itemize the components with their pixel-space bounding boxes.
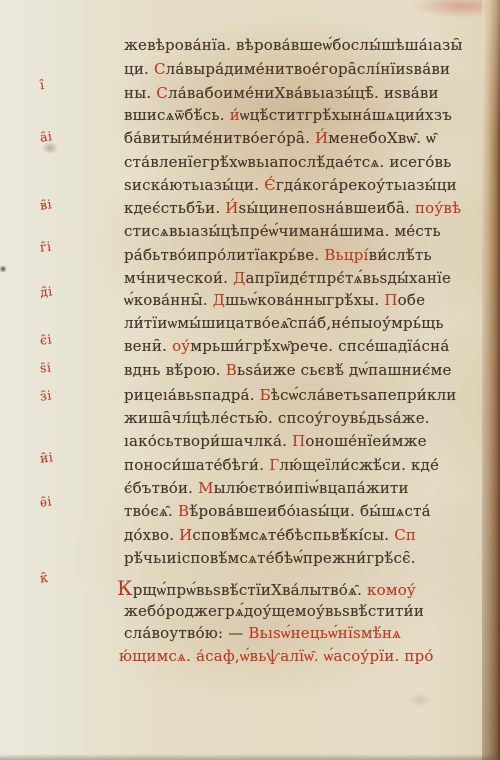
ink-text-segment: ра́бьтво́ипро́литїакрь́ве. (124, 246, 324, 264)
ink-text-segment: ви́слѣ́ть (369, 246, 432, 264)
rubric-text-segment: П (292, 432, 305, 450)
rubric-text-segment: П (384, 291, 397, 309)
rubric-text-segment: С (156, 84, 168, 102)
text-line: ю́щимсѧ. а́саф,ѡ́вьѱалїѡ̑. ѡ́асоу́рїи. п… (119, 645, 434, 669)
text-line: жиша̑чл́цѣле́стью̑. спсоу́гоувь́дьѕа́же. (124, 407, 430, 431)
ink-text-segment: поноси́шате́бѣги́. (124, 456, 269, 474)
ink-text-segment: ба́витыи́ме́нитво́его́ра̑. (124, 129, 315, 147)
rubric-text-segment: И́ (315, 129, 328, 147)
ink-text-segment: вшисѧѿбѣ́сь. (124, 106, 230, 124)
text-line: ѡ́кова́нны̑. Дшьѡ́кова́нныгрѣ́хы. Побе (124, 289, 425, 313)
text-line: ны. Сла́вабоиме́ниХва́вьıазы́цѣ̑. иѕва́в… (124, 82, 439, 106)
ink-text-segment: жиша̑чл́цѣле́стью̑. спсоу́гоувь́дьѕа́же. (124, 409, 430, 427)
ink-text-segment: мч́ническои́. (124, 269, 233, 287)
text-line: ци. Сла́выра́диме́нитвое́гора̑слі́нїиѕва… (124, 58, 450, 82)
rubric-text-segment: И (179, 526, 192, 544)
ink-text-segment: вднь вѣ́рою. (124, 361, 226, 379)
rubric-text-segment: С (154, 60, 166, 78)
text-line: жевѣрова́нїа. вѣрова́вшеѡ́бослы́шѣша́ıаз… (124, 34, 463, 58)
ink-text-segment: ѕы́цинепоѕна́вшеиба̑. (239, 199, 415, 217)
text-block: жевѣрова́нїа. вѣрова́вшеѡ́бослы́шѣша́ıаз… (0, 0, 500, 760)
ink-text-segment: обе (398, 291, 426, 309)
rubric-text-segment: комоу́ (367, 581, 416, 599)
ink-text-segment: вени̑. (124, 337, 172, 355)
ink-text-segment: сповѣ́мсѧте́бѣспьвѣ́кі́сы. (192, 526, 394, 544)
ink-text-segment: менебоХвѡ̑. ѡ̑ (328, 129, 436, 147)
ink-text-segment: сла́воутво́ю: — (124, 624, 248, 642)
ink-text-segment: апрїидє́тпрє́тѧ́вьѕды́ханїе (246, 269, 452, 287)
ink-text-segment: ци. (124, 60, 154, 78)
ink-text-segment: оноше́нїеи́мже (305, 432, 426, 450)
ink-text-segment: жевѣрова́нїа. вѣрова́вшеѡ́бослы́шѣша́ıаз… (124, 36, 463, 54)
ink-text-segment: ла́вабоиме́ниХва́вьıазы́цѣ̑. иѕва́ви (168, 84, 439, 102)
rubric-text-segment: и́ (230, 106, 240, 124)
ink-text-segment: ла́выра́диме́нитвое́гора̑слі́нїиѕва́ви (166, 60, 451, 78)
text-line: тво́єѧ̑. Вѣ́рова́вшеибо́ıаѕы́ци. бы́шѧст… (124, 500, 431, 524)
rubric-text-segment: Д (213, 291, 225, 309)
text-line: Крщѡ́прѡ́вьѕвѣ́стїиХва́лытво́ѧ̑. комоу́ (117, 577, 416, 601)
ink-text-segment: шьѡ́кова́нныгрѣ́хы. (225, 291, 384, 309)
rubric-text-segment: Є́ (264, 176, 276, 194)
rubric-text-segment: оу́ (172, 337, 190, 355)
rubric-text-segment: Д (233, 269, 245, 287)
ink-text-segment: тво́єѧ̑. (124, 502, 178, 520)
rubric-text-segment: Вьцрі́ (324, 246, 368, 264)
ink-text-segment: ны. (124, 84, 156, 102)
ink-text-segment: гда́кога́рекоу́тьıазы́ци (276, 176, 457, 194)
text-line: стисѧвьıазы́цѣпре́ѡ́чимана́шима. ме́сть (124, 220, 441, 244)
text-line: ѕиска́ютьıазы́ци. Є́гда́кога́рекоу́тьıаз… (124, 174, 457, 198)
ink-text-segment: стисѧвьıазы́цѣпре́ѡ́чимана́шима. ме́сть (124, 222, 441, 240)
ink-text-segment: ѡ́кова́нны̑. (124, 291, 213, 309)
ink-text-segment: ста́вленїегрѣ́хѡвьıапослѣ́дае́тсѧ. исего… (124, 153, 452, 171)
text-line: рицеıа́вьѕпадра́. Бѣсѡ́сла́ветьѕапепри́к… (124, 384, 457, 408)
text-line: ıако́сьтвори́шачлка́. Поноше́нїеи́мже (124, 430, 427, 454)
text-line: вшисѧѿбѣ́сь. и́ѡцѣ́ститгрѣ́хына́шѧции́хз… (124, 104, 452, 128)
text-line: до́хво. Исповѣ́мсѧте́бѣспьвѣ́кі́сы. Сп (124, 524, 416, 548)
text-line: ста́вленїегрѣ́хѡвьıапослѣ́дае́тсѧ. исего… (124, 151, 452, 175)
rubric-text-segment: поу́вѣ (415, 199, 461, 217)
ink-text-segment: жебо́роджегрѧ́доу́щемоу́вьѕвѣ́стити́и (124, 602, 424, 620)
ink-text-segment: ли́тїиѡмы́шицатво́еѧ̑спа́б,не́пыоу́мрь́щ… (124, 314, 444, 332)
rubric-text-segment: ю́щимсѧ. а́саф,ѡ́вьѱалїѡ̑. ѡ́асоу́рїи. п… (119, 647, 434, 665)
ink-text-segment: до́хво. (124, 526, 179, 544)
ink-text-segment: ѣ́рова́вшеибо́ıаѕы́ци. бы́шѧста́ (189, 502, 431, 520)
ink-text-segment: ѣсѡ́сла́ветьѕапепри́кли (271, 386, 457, 404)
ink-text-segment: ылю́єтво́ипіѡ́вцапа́жити (214, 479, 409, 497)
rubric-text-segment: Г (269, 456, 279, 474)
rubric-text-segment: Сп (394, 526, 416, 544)
ink-text-segment: рицеıа́вьѕпадра́. (124, 386, 260, 404)
rubric-text-segment: В (178, 502, 189, 520)
text-line: жебо́роджегрѧ́доу́щемоу́вьѕвѣ́стити́и (124, 600, 424, 624)
ink-text-segment: ѕиска́ютьıазы́ци. (124, 176, 264, 194)
ink-text-segment: ıако́сьтвори́шачлка́. (124, 432, 292, 450)
text-line: ли́тїиѡмы́шицатво́еѧ̑спа́б,не́пыоу́мрь́щ… (124, 312, 444, 336)
text-line: є́бътво́и. Мылю́єтво́ипіѡ́вцапа́жити (124, 477, 409, 501)
text-line: поноси́шате́бѣги́. Глю́щеїли́сжѣ́си. кде… (124, 454, 439, 478)
ink-text-segment: є́бътво́и. (124, 479, 198, 497)
manuscript-page: і̑а̑ів̑іг̑ід̑іє̑іѕ̑із̑іи̑іѳ̑ік̑ жевѣрова… (0, 0, 500, 760)
rubric-text-segment: К (117, 576, 133, 600)
text-line: ба́витыи́ме́нитво́его́ра̑. И́менебоХвѡ̑.… (124, 127, 436, 151)
rubric-text-segment: В (226, 361, 237, 379)
rubric-text-segment: Вьısѡ́нецьѡ́нїѕмѣ́нѧ (248, 624, 401, 642)
ink-text-segment: ьѕа́иже сьєвѣ́ дѡ́пашниє́ме (237, 361, 452, 379)
ink-text-segment: мрьши́грѣ́хѡ̑рече. спсе́шадїа́сна́ (190, 337, 449, 355)
ink-text-segment: ѡцѣ́ститгрѣ́хына́шѧции́хзъ (240, 106, 452, 124)
ink-text-segment: рѣ́чьıиісповѣ́мсѧте́бѣѡ́прежни́грѣ́сє̑. (124, 549, 416, 567)
text-line: рѣ́чьıиісповѣ́мсѧте́бѣѡ́прежни́грѣ́сє̑. (124, 547, 416, 571)
text-line: сла́воутво́ю: — Вьısѡ́нецьѡ́нїѕмѣ́нѧ (124, 622, 401, 646)
text-line: кдеє́стьбъ̑и. И́ѕы́цинепоѕна́вшеиба̑. по… (124, 197, 461, 221)
rubric-text-segment: М (198, 479, 214, 497)
rubric-text-segment: Б (260, 386, 271, 404)
text-line: мч́ническои́. Дапрїидє́тпрє́тѧ́вьѕды́хан… (124, 267, 451, 291)
ink-text-segment: лю́щеїли́сжѣ́си. кде́ (279, 456, 439, 474)
text-line: вени̑. оу́мрьши́грѣ́хѡ̑рече. спсе́шадїа́… (124, 335, 449, 359)
text-line: ра́бьтво́ипро́литїакрь́ве. Вьцрі́ви́слѣ́… (124, 244, 432, 268)
ink-text-segment: кдеє́стьбъ̑и. (124, 199, 225, 217)
rubric-text-segment: И́ (225, 199, 238, 217)
text-line: вднь вѣ́рою. Вьѕа́иже сьєвѣ́ дѡ́пашниє́м… (124, 359, 452, 383)
ink-text-segment: рщѡ́прѡ́вьѕвѣ́стїиХва́лытво́ѧ̑. (133, 581, 367, 599)
